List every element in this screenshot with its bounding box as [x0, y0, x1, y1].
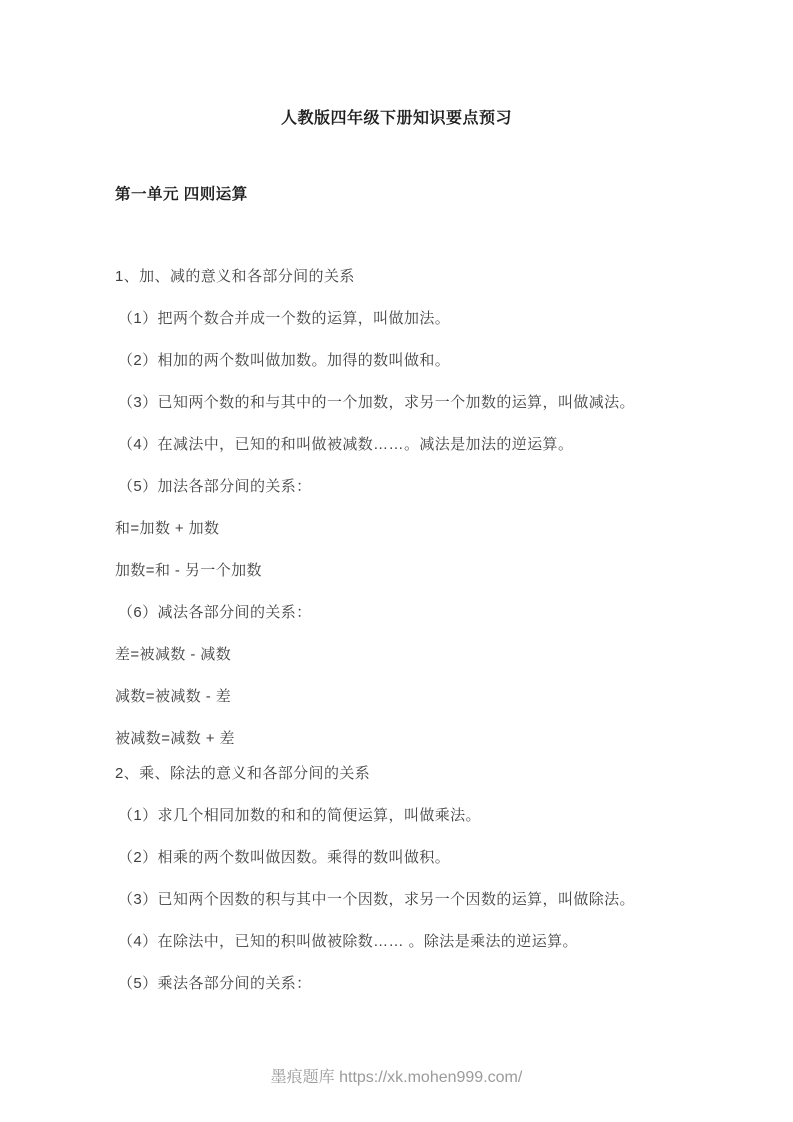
page-title: 人教版四年级下册知识要点预习 [0, 108, 793, 130]
sub-item-1-4: （4）在减法中，已知的和叫做被减数……。减法是加法的逆运算。 [0, 434, 793, 455]
document-body: 1、加、减的意义和各部分间的关系 （1）把两个数合并成一个数的运算，叫做加法。 … [0, 266, 793, 1015]
section-heading-unit-1: 第一单元 四则运算 [115, 184, 248, 206]
sub-item-1-6: （6）减法各部分间的关系： [0, 602, 793, 623]
sub-item-1-3: （3）已知两个数的和与其中的一个加数，求另一个加数的运算，叫做减法。 [0, 392, 793, 413]
sub-item-2-1: （1）求几个相同加数的和和的简便运算，叫做乘法。 [0, 805, 793, 826]
sub-item-2-2: （2）相乘的两个数叫做因数。乘得的数叫做积。 [0, 847, 793, 868]
formula-subtrahend: 减数=被减数 - 差 [0, 686, 793, 707]
item-1-heading: 1、加、减的意义和各部分间的关系 [0, 266, 793, 287]
sub-item-1-2: （2）相加的两个数叫做加数。加得的数叫做和。 [0, 350, 793, 371]
formula-sum: 和=加数 + 加数 [0, 518, 793, 539]
sub-item-2-4: （4）在除法中，已知的积叫做被除数…… 。除法是乘法的逆运算。 [0, 931, 793, 952]
document-page: 人教版四年级下册知识要点预习 第一单元 四则运算 1、加、减的意义和各部分间的关… [0, 0, 793, 1122]
footer-watermark-text: 墨痕题库 https://xk.mohen999.com/ [271, 1069, 523, 1086]
sub-item-2-3: （3）已知两个因数的积与其中一个因数，求另一个因数的运算，叫做除法。 [0, 889, 793, 910]
formula-difference: 差=被减数 - 减数 [0, 644, 793, 665]
item-2-heading: 2、乘、除法的意义和各部分间的关系 [0, 763, 793, 784]
footer-watermark: 墨痕题库 https://xk.mohen999.com/ [0, 1066, 793, 1090]
sub-item-1-5: （5）加法各部分间的关系： [0, 476, 793, 497]
formula-addend: 加数=和 - 另一个加数 [0, 560, 793, 581]
sub-item-1-1: （1）把两个数合并成一个数的运算，叫做加法。 [0, 308, 793, 329]
formula-minuend: 被减数=减数 + 差 [0, 728, 793, 749]
sub-item-2-5: （5）乘法各部分间的关系： [0, 973, 793, 994]
